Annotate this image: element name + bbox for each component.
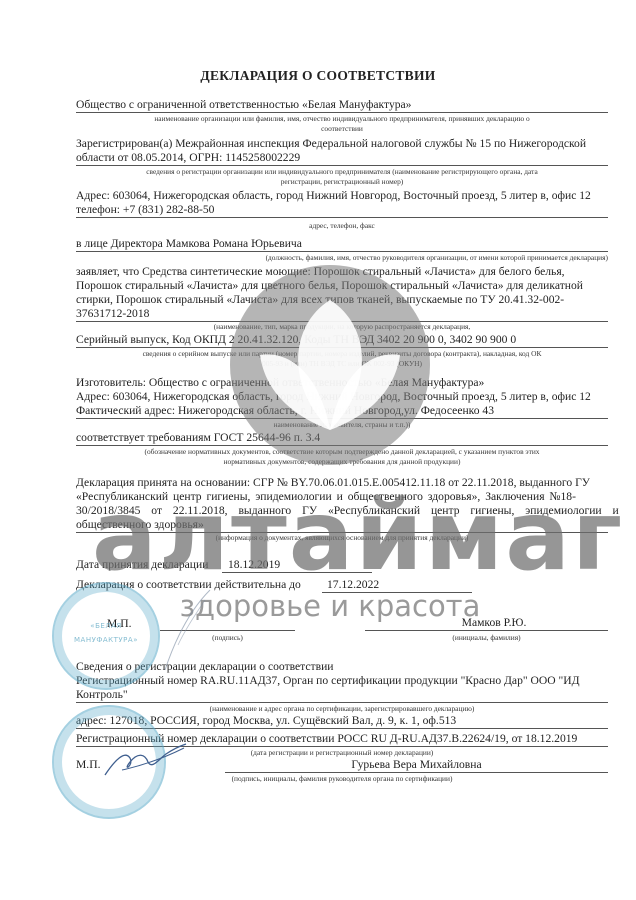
applicant-name: Общество с ограниченной ответственностью… [76,97,608,113]
applicant-address: Адрес: 603064, Нижегородская область, го… [76,188,608,203]
certification-head-name: Гурьева Вера Михайловна [225,757,608,773]
applicant-phone: телефон: +7 (831) 282-88-50 [76,202,608,218]
registration-address: адрес: 127018, РОССИЯ, город Москва, ул.… [76,713,608,729]
applicant-registration-line-1: Зарегистрирован(а) Межрайонная инспекция… [76,136,608,151]
valid-until-value: 17.12.2022 [327,577,467,592]
applicant-registration-line-2: области от 08.05.2014, ОГРН: 11452580022… [76,150,608,166]
applicant-name-caption: наименование организации или фамилия, им… [76,114,608,134]
product-statement-line-2: Порошок стиральный «Лачиста» для цветног… [76,278,608,293]
product-statement-line-1: заявляет, что Средства синтетические мою… [76,264,608,279]
certification-signature-icon [100,740,190,780]
applicant-signer-name: Мамков Р.Ю. [380,615,608,630]
product-statement-line-3: стирки, Порошок стиральный «Лачиста» для… [76,292,608,307]
applicant-registration-caption: сведения о регистрации организации или и… [76,167,608,187]
product-serial-caption: сведения о серийном выпуске или партии (… [76,349,608,369]
accepted-date-value: 18.12.2019 [228,557,368,572]
manufacturer-actual-address: Фактический адрес: Нижегородская область… [76,403,608,419]
manufacturer-caption: наименование изготовителя, страны и т.п.… [76,420,608,430]
basis-line-2: «Республиканский центр гигиены, эпидемио… [76,489,608,504]
document-title: ДЕКЛАРАЦИЯ О СООТВЕТСТВИИ [0,68,636,84]
accepted-date-rule [222,572,372,573]
product-serial: Серийный выпуск, Код ОКПД 2 20.41.32.120… [76,332,608,348]
basis-line-3: 30/2018/3845 от 22.11.2018, выданного ГУ… [76,503,608,518]
product-caption: (наименование, тип, марка продукции, на … [76,322,608,332]
applicant-stamp-icon: «БЕЛАЯ МАНУФАКТУРА» [52,582,160,690]
applicant-representative: в лице Директора Мамкова Романа Юрьевича [76,236,608,252]
applicant-representative-caption: (должность, фамилия, имя, отчество руков… [76,253,608,263]
declaration-page: ДЕКЛАРАЦИЯ О СООТВЕТСТВИИ Общество с огр… [0,0,636,900]
product-statement-line-4: 37631712-2018 [76,306,608,322]
basis-line-4: общественного здоровья» [76,517,608,533]
valid-until-rule [322,592,472,593]
applicant-name-rule [365,630,608,631]
applicant-address-caption: адрес, телефон, факс [76,221,608,231]
compliance-caption: (обозначение нормативных документов, соо… [76,447,608,467]
basis-line-1: Декларация принята на основании: СГР № B… [76,475,608,490]
manufacturer-address: Адрес: 603064, Нижегородская область, го… [76,389,608,404]
basis-caption: (информация о документах, являющихся осн… [76,533,608,543]
applicant-name-caption: (инициалы, фамилия) [365,633,608,643]
manufacturer-name: Изготовитель: Общество с ограниченной от… [76,375,608,390]
accepted-date-label: Дата принятия декларации [76,557,208,572]
applicant-signature-icon [150,585,220,675]
registration-body-line-2: Контроль" [76,687,608,703]
compliance-standard: соответствует требованиям ГОСТ 25644-96 … [76,430,608,446]
registration-body-line-1: Регистрационный номер RA.RU.11АД37, Орга… [76,673,608,688]
